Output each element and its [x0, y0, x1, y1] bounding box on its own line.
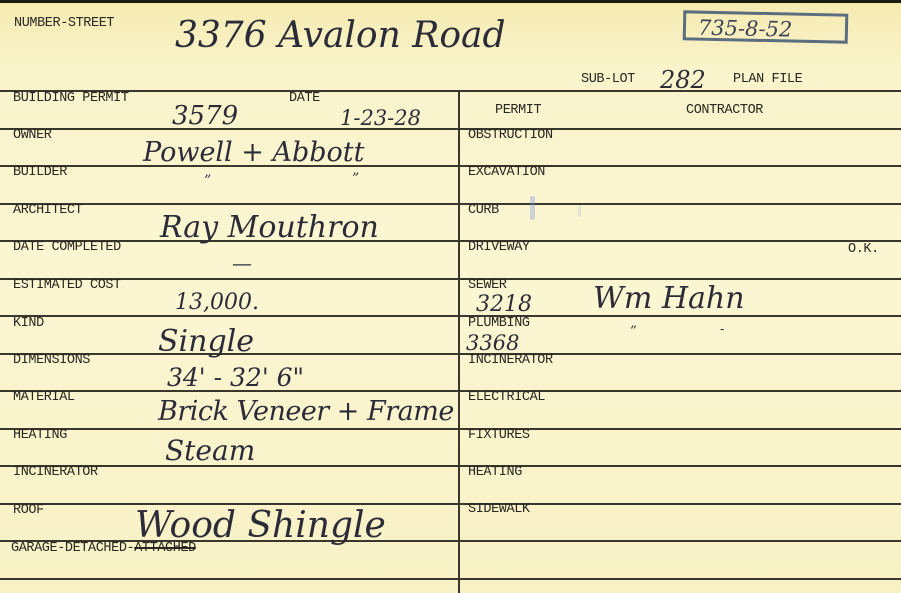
value-kind: Single — [158, 327, 254, 357]
value-sub-lot: 282 — [660, 68, 706, 92]
label-sidewalk: SIDEWALK — [468, 503, 530, 517]
ink-smudge — [530, 196, 535, 220]
rule — [0, 315, 901, 317]
label-dimensions: DIMENSIONS — [13, 354, 90, 368]
label-owner: OWNER — [13, 129, 52, 143]
value-date: 1-23-28 — [340, 108, 421, 129]
rule — [0, 203, 901, 205]
value-plumbing-contractor-ditto: ” — [630, 325, 637, 338]
label-kind: KIND — [13, 317, 44, 331]
label-roof: ROOF — [13, 504, 44, 518]
rule — [0, 390, 901, 392]
label-heating: HEATING — [13, 429, 67, 443]
value-material: Brick Veneer + Frame — [158, 398, 454, 425]
building-permit-card: 735-8-52 NUMBER-STREET BUILDING PERMIT D… — [0, 0, 901, 593]
label-driveway: DRIVEWAY — [468, 241, 530, 255]
label-plan-file: PLAN FILE — [733, 73, 802, 87]
value-heating: Steam — [165, 437, 255, 465]
column-divider — [458, 90, 460, 593]
label-building-permit: BUILDING PERMIT — [13, 92, 129, 106]
label-incinerator-permit: INCINERATOR — [468, 354, 553, 368]
label-garage-detached: GARAGE-DETACHED- — [11, 541, 134, 556]
rule — [0, 428, 901, 430]
rule — [0, 353, 901, 355]
label-plumbing: PLUMBING — [468, 317, 530, 331]
file-stamp-number: 735-8-52 — [698, 16, 793, 42]
file-stamp-box: 735-8-52 — [683, 10, 849, 43]
rule — [0, 165, 901, 167]
ink-smudge — [578, 205, 581, 217]
label-excavation: EXCAVATION — [468, 166, 545, 180]
label-estimated-cost: ESTIMATED COST — [13, 279, 121, 293]
label-date-completed: DATE COMPLETED — [13, 241, 121, 255]
value-dimensions: 34' - 32' 6" — [167, 365, 304, 390]
rule — [0, 240, 901, 242]
value-owner: Powell + Abbott — [143, 139, 365, 166]
label-incinerator: INCINERATOR — [13, 466, 98, 480]
value-driveway-note: O.K. — [848, 243, 879, 257]
header-permit: PERMIT — [495, 104, 541, 118]
label-sub-lot: SUB-LOT — [581, 73, 635, 87]
label-builder: BUILDER — [13, 166, 67, 180]
value-builder-ditto-left: ” — [204, 174, 211, 188]
value-sewer-permit: 3218 — [476, 294, 532, 316]
value-number-street: 3376 Avalon Road — [175, 18, 506, 54]
value-plumbing-ditto-dash: - — [720, 323, 724, 336]
value-sewer-contractor: Wm Hahn — [593, 284, 745, 314]
value-roof: Wood Shingle — [135, 508, 386, 544]
rule — [0, 578, 901, 580]
label-fixtures: FIXTURES — [468, 429, 530, 443]
rule — [0, 128, 901, 130]
label-sewer: SEWER — [468, 279, 507, 293]
label-date: DATE — [289, 92, 320, 106]
value-date-completed: — — [232, 253, 252, 273]
label-obstruction: OBSTRUCTION — [468, 129, 553, 143]
rule — [0, 465, 901, 467]
label-number-street: NUMBER-STREET — [14, 17, 114, 31]
label-electrical: ELECTRICAL — [468, 391, 545, 405]
label-heating-permit: HEATING — [468, 466, 522, 480]
label-material: MATERIAL — [13, 391, 75, 405]
value-builder-ditto-right: ” — [352, 172, 359, 186]
value-plumbing-permit: 3368 — [466, 333, 519, 354]
rule — [0, 278, 901, 280]
label-architect: ARCHITECT — [13, 204, 82, 218]
header-contractor: CONTRACTOR — [686, 104, 763, 118]
value-building-permit: 3579 — [172, 103, 238, 129]
value-estimated-cost: 13,000. — [175, 292, 259, 314]
card-top-edge — [0, 0, 901, 3]
value-architect: Ray Mouthron — [160, 213, 379, 243]
label-curb: CURB — [468, 204, 499, 218]
